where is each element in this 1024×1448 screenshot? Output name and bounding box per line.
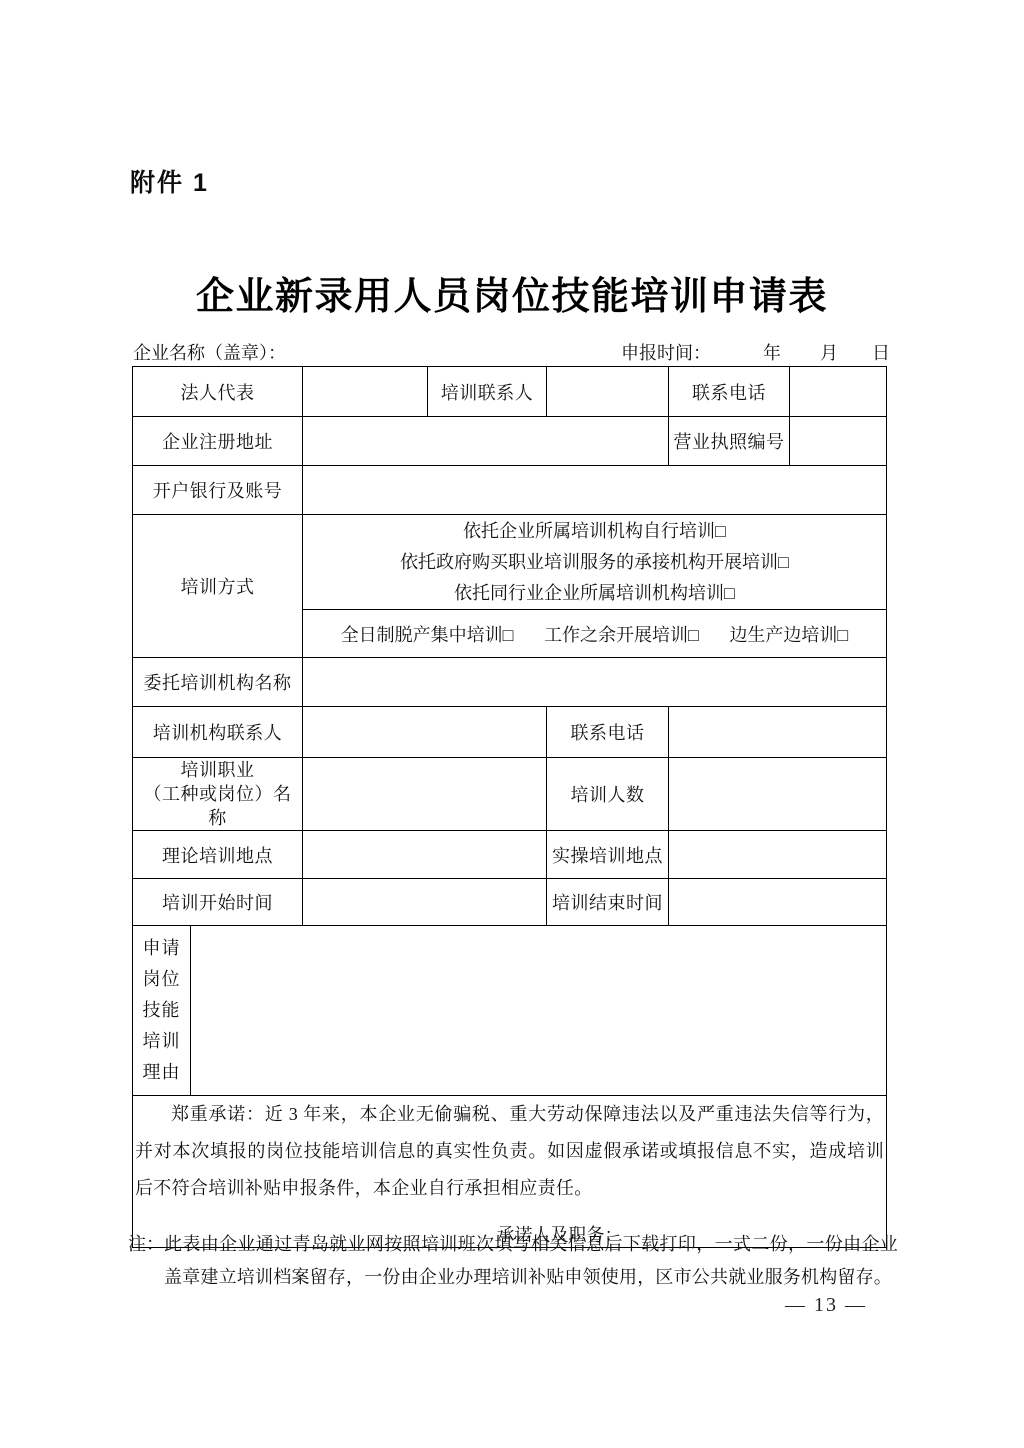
reason-value-cell: [191, 926, 887, 1096]
table-row: 培训机构联系人 联系电话: [133, 707, 887, 758]
reason-label-line: 培训: [135, 1026, 188, 1057]
start-time-label: 培训开始时间: [133, 879, 303, 926]
training-method-option: 依托企业所属培训机构自行培训□: [305, 516, 884, 547]
training-contact-value-cell: [547, 367, 669, 417]
training-method-option: 依托同行业企业所属培训机构培训□: [305, 578, 884, 609]
contact-phone-label: 联系电话: [669, 367, 790, 417]
practice-location-value-cell: [669, 831, 887, 879]
training-method-label: 培训方式: [133, 515, 303, 658]
footnote: 注： 此表由企业通过青岛就业网按照培训班次填写相关信息后下载打印，一式二份，一份…: [128, 1228, 898, 1294]
trainee-count-value-cell: [669, 758, 887, 831]
table-row: 企业注册地址 营业执照编号: [133, 417, 887, 466]
training-method-option: 全日制脱产集中培训□: [341, 621, 514, 647]
training-method-option: 工作之余开展培训□: [544, 621, 699, 647]
table-row: 郑重承诺：近 3 年来，本企业无偷骗税、重大劳动保障违法以及严重违法失信等行为，…: [133, 1096, 887, 1248]
occupation-label: 培训职业 （工种或岗位）名称: [133, 758, 303, 831]
occupation-label-line2: （工种或岗位）名称: [135, 782, 300, 830]
legal-rep-label: 法人代表: [133, 367, 303, 417]
footnote-text: 此表由企业通过青岛就业网按照培训班次填写相关信息后下载打印，一式二份，一份由企业…: [164, 1228, 898, 1294]
reason-label: 申请 岗位 技能 培训 理由: [133, 926, 191, 1096]
practice-location-label: 实操培训地点: [547, 831, 669, 879]
reason-label-line: 技能: [135, 995, 188, 1026]
reason-label-line: 岗位: [135, 964, 188, 995]
end-time-value-cell: [669, 879, 887, 926]
table-row: 培训开始时间 培训结束时间: [133, 879, 887, 926]
attachment-label: 附件 1: [130, 163, 209, 199]
business-license-label: 营业执照编号: [669, 417, 790, 466]
end-time-label: 培训结束时间: [547, 879, 669, 926]
entrusted-org-value-cell: [303, 658, 887, 707]
occupation-label-line1: 培训职业: [135, 758, 300, 782]
company-name-label: 企业名称（盖章）：: [133, 339, 286, 365]
document-page: 附件 1 企业新录用人员岗位技能培训申请表 企业名称（盖章）： 申报时间： 年 …: [0, 0, 1024, 1448]
bank-account-value-cell: [303, 466, 887, 515]
apply-time-label: 申报时间：: [621, 339, 711, 365]
table-row: 申请 岗位 技能 培训 理由: [133, 926, 887, 1096]
month-label: 月: [820, 339, 838, 365]
commitment-text: 郑重承诺：近 3 年来，本企业无偷骗税、重大劳动保障违法以及严重违法失信等行为，…: [135, 1096, 884, 1207]
registered-address-label: 企业注册地址: [133, 417, 303, 466]
table-row: 培训职业 （工种或岗位）名称 培训人数: [133, 758, 887, 831]
registered-address-value-cell: [303, 417, 669, 466]
org-phone-label: 联系电话: [547, 707, 669, 758]
footnote-prefix: 注：: [128, 1228, 164, 1261]
table-row: 理论培训地点 实操培训地点: [133, 831, 887, 879]
reason-label-line: 申请: [135, 933, 188, 964]
org-contact-value-cell: [303, 707, 547, 758]
table-row: 培训方式 依托企业所属培训机构自行培训□ 依托政府购买职业培训服务的承接机构开展…: [133, 515, 887, 610]
bank-account-label: 开户银行及账号: [133, 466, 303, 515]
table-row: 开户银行及账号: [133, 466, 887, 515]
table-row: 法人代表 培训联系人 联系电话: [133, 367, 887, 417]
training-method-option: 依托政府购买职业培训服务的承接机构开展培训□: [305, 547, 884, 578]
reason-label-line: 理由: [135, 1057, 188, 1088]
year-label: 年: [763, 339, 781, 365]
theory-location-value-cell: [303, 831, 547, 879]
page-title: 企业新录用人员岗位技能培训申请表: [0, 265, 1024, 320]
org-contact-label: 培训机构联系人: [133, 707, 303, 758]
training-method-options-group2: 全日制脱产集中培训□ 工作之余开展培训□ 边生产边培训□: [303, 610, 887, 658]
legal-rep-value-cell: [303, 367, 428, 417]
theory-location-label: 理论培训地点: [133, 831, 303, 879]
occupation-value-cell: [303, 758, 547, 831]
table-row: 委托培训机构名称: [133, 658, 887, 707]
training-method-options-group1: 依托企业所属培训机构自行培训□ 依托政府购买职业培训服务的承接机构开展培训□ 依…: [303, 515, 887, 610]
trainee-count-label: 培训人数: [547, 758, 669, 831]
entrusted-org-label: 委托培训机构名称: [133, 658, 303, 707]
contact-phone-value-cell: [790, 367, 887, 417]
page-number: — 13 —: [768, 1294, 884, 1317]
org-phone-value-cell: [669, 707, 887, 758]
training-contact-label: 培训联系人: [428, 367, 547, 417]
start-time-value-cell: [303, 879, 547, 926]
training-method-option: 边生产边培训□: [729, 621, 848, 647]
business-license-value-cell: [790, 417, 887, 466]
commitment-cell: 郑重承诺：近 3 年来，本企业无偷骗税、重大劳动保障违法以及严重违法失信等行为，…: [133, 1096, 887, 1248]
application-form-table: 法人代表 培训联系人 联系电话 企业注册地址 营业执照编号 开户银行及账号 培训…: [132, 366, 887, 1248]
day-label: 日: [872, 339, 890, 365]
